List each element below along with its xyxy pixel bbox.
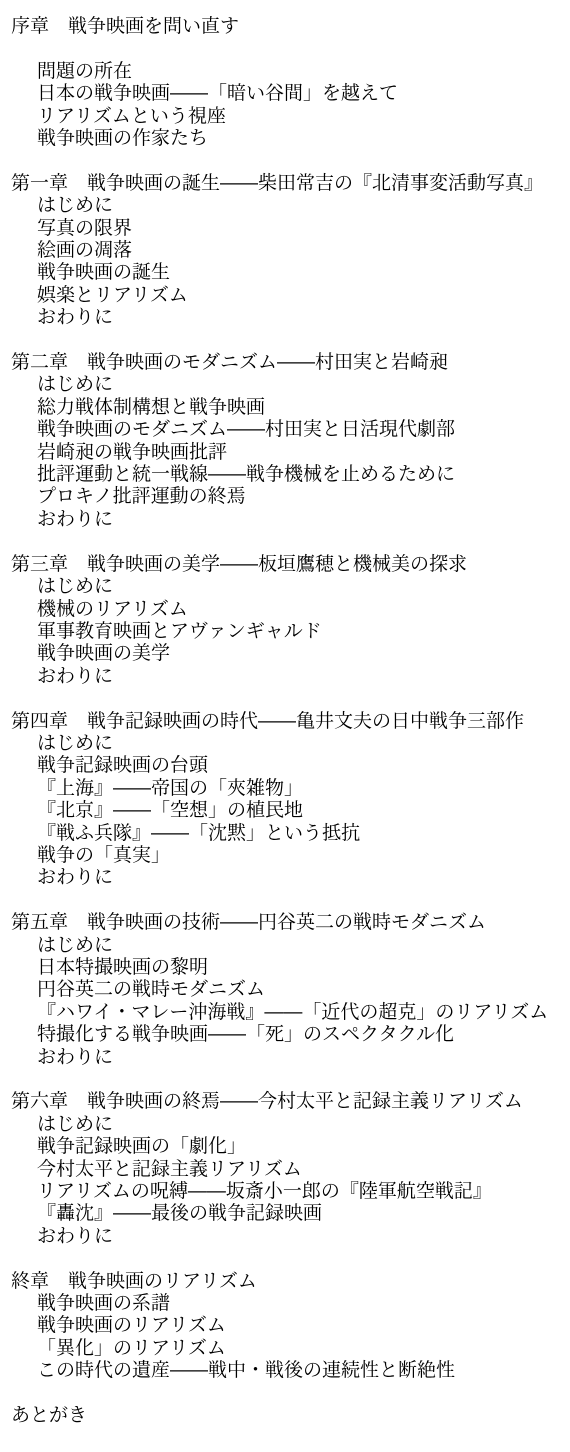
toc-item: 戦争映画のモダニズム——村田実と日活現代劇部 [37, 419, 562, 441]
toc-item: リアリズムという視座 [37, 106, 562, 128]
toc-item: リアリズムの呪縛——坂斎小一郎の『陸軍航空戦記』 [37, 1181, 562, 1203]
toc-item: 問題の所在 [37, 61, 562, 83]
toc-item: おわりに [37, 307, 562, 329]
toc-section: あとがき [11, 1405, 562, 1427]
toc-item: 写真の限界 [37, 218, 562, 240]
toc-section: 第六章 戦争映画の終焉——今村太平と記録主義リアリズム はじめに戦争記録映画の「… [11, 1091, 562, 1248]
toc-section: 終章 戦争映画のリアリズム 戦争映画の系譜戦争映画のリアリズム「異化」のリアリズ… [11, 1271, 562, 1383]
toc-item: 戦争映画のリアリズム [37, 1315, 562, 1337]
toc-item: 戦争記録映画の台頭 [37, 755, 562, 777]
table-of-contents: 序章 戦争映画を問い直す 問題の所在日本の戦争映画——「暗い谷間」を越えてリアリ… [11, 16, 562, 1427]
toc-item: 日本の戦争映画——「暗い谷間」を越えて [37, 83, 562, 105]
toc-item: 戦争映画の系譜 [37, 1293, 562, 1315]
toc-section: 第一章 戦争映画の誕生——柴田常吉の『北清事変活動写真』 はじめに写真の限界絵画… [11, 173, 562, 330]
toc-item: はじめに [37, 1114, 562, 1136]
toc-section-heading: 第二章 戦争映画のモダニズム——村田実と岩崎昶 [11, 352, 562, 374]
toc-item: 戦争記録映画の「劇化」 [37, 1136, 562, 1158]
toc-section-items: 問題の所在日本の戦争映画——「暗い谷間」を越えてリアリズムという視座戦争映画の作… [11, 61, 562, 151]
toc-item: 『ハワイ・マレー沖海戦』——「近代の超克」のリアリズム [37, 1002, 562, 1024]
toc-section-heading: 終章 戦争映画のリアリズム [11, 1271, 562, 1293]
toc-item: プロキノ批評運動の終焉 [37, 486, 562, 508]
toc-section-items: はじめに日本特撮映画の黎明円谷英二の戦時モダニズム『ハワイ・マレー沖海戦』——「… [11, 935, 562, 1069]
toc-item: 『轟沈』——最後の戦争記録映画 [37, 1203, 562, 1225]
toc-section: 第四章 戦争記録映画の時代——亀井文夫の日中戦争三部作 はじめに戦争記録映画の台… [11, 711, 562, 890]
toc-item: 『北京』——「空想」の植民地 [37, 800, 562, 822]
toc-item: 絵画の凋落 [37, 240, 562, 262]
toc-section: 序章 戦争映画を問い直す 問題の所在日本の戦争映画——「暗い谷間」を越えてリアリ… [11, 16, 562, 150]
toc-section-heading: 第一章 戦争映画の誕生——柴田常吉の『北清事変活動写真』 [11, 173, 562, 195]
toc-section: 第五章 戦争映画の技術——円谷英二の戦時モダニズム はじめに日本特撮映画の黎明円… [11, 912, 562, 1069]
toc-section-heading: 第四章 戦争記録映画の時代——亀井文夫の日中戦争三部作 [11, 711, 562, 733]
toc-item: 機械のリアリズム [37, 599, 562, 621]
toc-section-items: はじめに戦争記録映画の「劇化」今村太平と記録主義リアリズムリアリズムの呪縛——坂… [11, 1114, 562, 1248]
toc-section: 第三章 戦争映画の美学——板垣鷹穂と機械美の探求 はじめに機械のリアリズム軍事教… [11, 554, 562, 688]
toc-item: 戦争映画の美学 [37, 643, 562, 665]
toc-section-items: はじめに総力戦体制構想と戦争映画戦争映画のモダニズム——村田実と日活現代劇部岩崎… [11, 374, 562, 531]
toc-item: この時代の遺産——戦中・戦後の連続性と断絶性 [37, 1360, 562, 1382]
toc-section-items: はじめに戦争記録映画の台頭『上海』——帝国の「夾雑物」『北京』——「空想」の植民… [11, 733, 562, 890]
toc-item: 『上海』——帝国の「夾雑物」 [37, 778, 562, 800]
toc-item: 岩崎昶の戦争映画批評 [37, 442, 562, 464]
toc-item: 戦争映画の誕生 [37, 262, 562, 284]
toc-item: 「異化」のリアリズム [37, 1338, 562, 1360]
toc-section-items: はじめに機械のリアリズム軍事教育映画とアヴァンギャルド戦争映画の美学おわりに [11, 576, 562, 688]
toc-item: 戦争映画の作家たち [37, 128, 562, 150]
toc-section-items: 戦争映画の系譜戦争映画のリアリズム「異化」のリアリズムこの時代の遺産——戦中・戦… [11, 1293, 562, 1383]
toc-item: はじめに [37, 733, 562, 755]
toc-item: 特撮化する戦争映画——「死」のスペクタクル化 [37, 1024, 562, 1046]
toc-item: おわりに [37, 1226, 562, 1248]
toc-item: おわりに [37, 666, 562, 688]
toc-item: はじめに [37, 195, 562, 217]
toc-item: おわりに [37, 867, 562, 889]
toc-item: 批評運動と統一戦線——戦争機械を止めるために [37, 464, 562, 486]
toc-section-heading: 第五章 戦争映画の技術——円谷英二の戦時モダニズム [11, 912, 562, 934]
toc-item: はじめに [37, 374, 562, 396]
toc-item: 戦争の「真実」 [37, 845, 562, 867]
toc-section: 第二章 戦争映画のモダニズム——村田実と岩崎昶 はじめに総力戦体制構想と戦争映画… [11, 352, 562, 531]
toc-item: はじめに [37, 576, 562, 598]
toc-section-items: はじめに写真の限界絵画の凋落戦争映画の誕生娯楽とリアリズムおわりに [11, 195, 562, 329]
toc-section-heading: 第六章 戦争映画の終焉——今村太平と記録主義リアリズム [11, 1091, 562, 1113]
toc-item: 日本特撮映画の黎明 [37, 957, 562, 979]
toc-section-heading: あとがき [11, 1405, 562, 1427]
toc-section-heading: 序章 戦争映画を問い直す [11, 16, 562, 38]
toc-item: おわりに [37, 509, 562, 531]
toc-item: 『戦ふ兵隊』——「沈黙」という抵抗 [37, 823, 562, 845]
toc-item: 娯楽とリアリズム [37, 285, 562, 307]
toc-item: 円谷英二の戦時モダニズム [37, 979, 562, 1001]
toc-item: 総力戦体制構想と戦争映画 [37, 397, 562, 419]
toc-item: はじめに [37, 935, 562, 957]
toc-section-heading: 第三章 戦争映画の美学——板垣鷹穂と機械美の探求 [11, 554, 562, 576]
toc-item: 今村太平と記録主義リアリズム [37, 1159, 562, 1181]
toc-item: おわりに [37, 1047, 562, 1069]
toc-item: 軍事教育映画とアヴァンギャルド [37, 621, 562, 643]
